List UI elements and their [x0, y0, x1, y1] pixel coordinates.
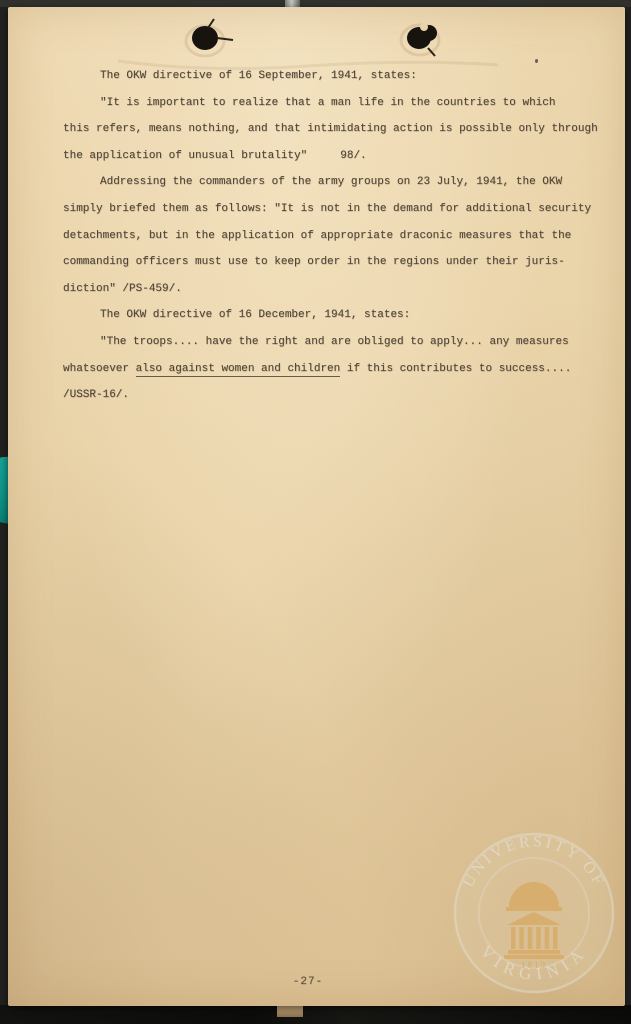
- typewritten-text: The OKW directive of 16 September, 1941,…: [63, 63, 615, 409]
- document-page: The OKW directive of 16 September, 1941,…: [8, 7, 625, 1006]
- underlined-text-segment: also against women and children: [136, 363, 341, 377]
- text-segment: whatsoever: [63, 363, 136, 375]
- text-line: Addressing the commanders of the army gr…: [63, 169, 615, 196]
- hole-emboss-ring: [401, 25, 439, 55]
- punch-hole-left: [192, 19, 233, 50]
- hole-emboss-ring: [186, 26, 224, 56]
- text-line: The OKW directive of 16 September, 1941,…: [63, 63, 615, 90]
- text-line: "It is important to realize that a man l…: [63, 90, 615, 117]
- text-line: detachments, but in the application of a…: [63, 223, 615, 250]
- university-of-virginia-seal-watermark: UNIVERSITY OF VIRGINIA 1819: [448, 827, 620, 999]
- text-line: simply briefed them as follows: "It is n…: [63, 196, 615, 223]
- text-line: "The troops.... have the right and are o…: [63, 329, 615, 356]
- seal-year-text: 1819: [521, 960, 547, 970]
- scanned-archive-page: { "scene": { "background_color": "#21211…: [0, 0, 631, 1024]
- text-line: this refers, means nothing, and that int…: [63, 116, 615, 143]
- punch-hole-right: [407, 23, 437, 56]
- text-line-with-underline: whatsoever also against women and childr…: [63, 356, 615, 383]
- scanner-background-top: [0, 0, 631, 7]
- page-number: -27-: [263, 976, 353, 988]
- text-line: the application of unusual brutality" 98…: [63, 143, 615, 170]
- text-line: /USSR-16/.: [63, 382, 615, 409]
- text-line: commanding officers must use to keep ord…: [63, 249, 615, 276]
- text-line: diction" /PS-459/.: [63, 276, 615, 303]
- scanner-background-bottom: [0, 1005, 631, 1024]
- text-segment: if this contributes to success....: [340, 363, 571, 375]
- text-line: The OKW directive of 16 December, 1941, …: [63, 302, 615, 329]
- binding-edge-sliver: [277, 1006, 303, 1017]
